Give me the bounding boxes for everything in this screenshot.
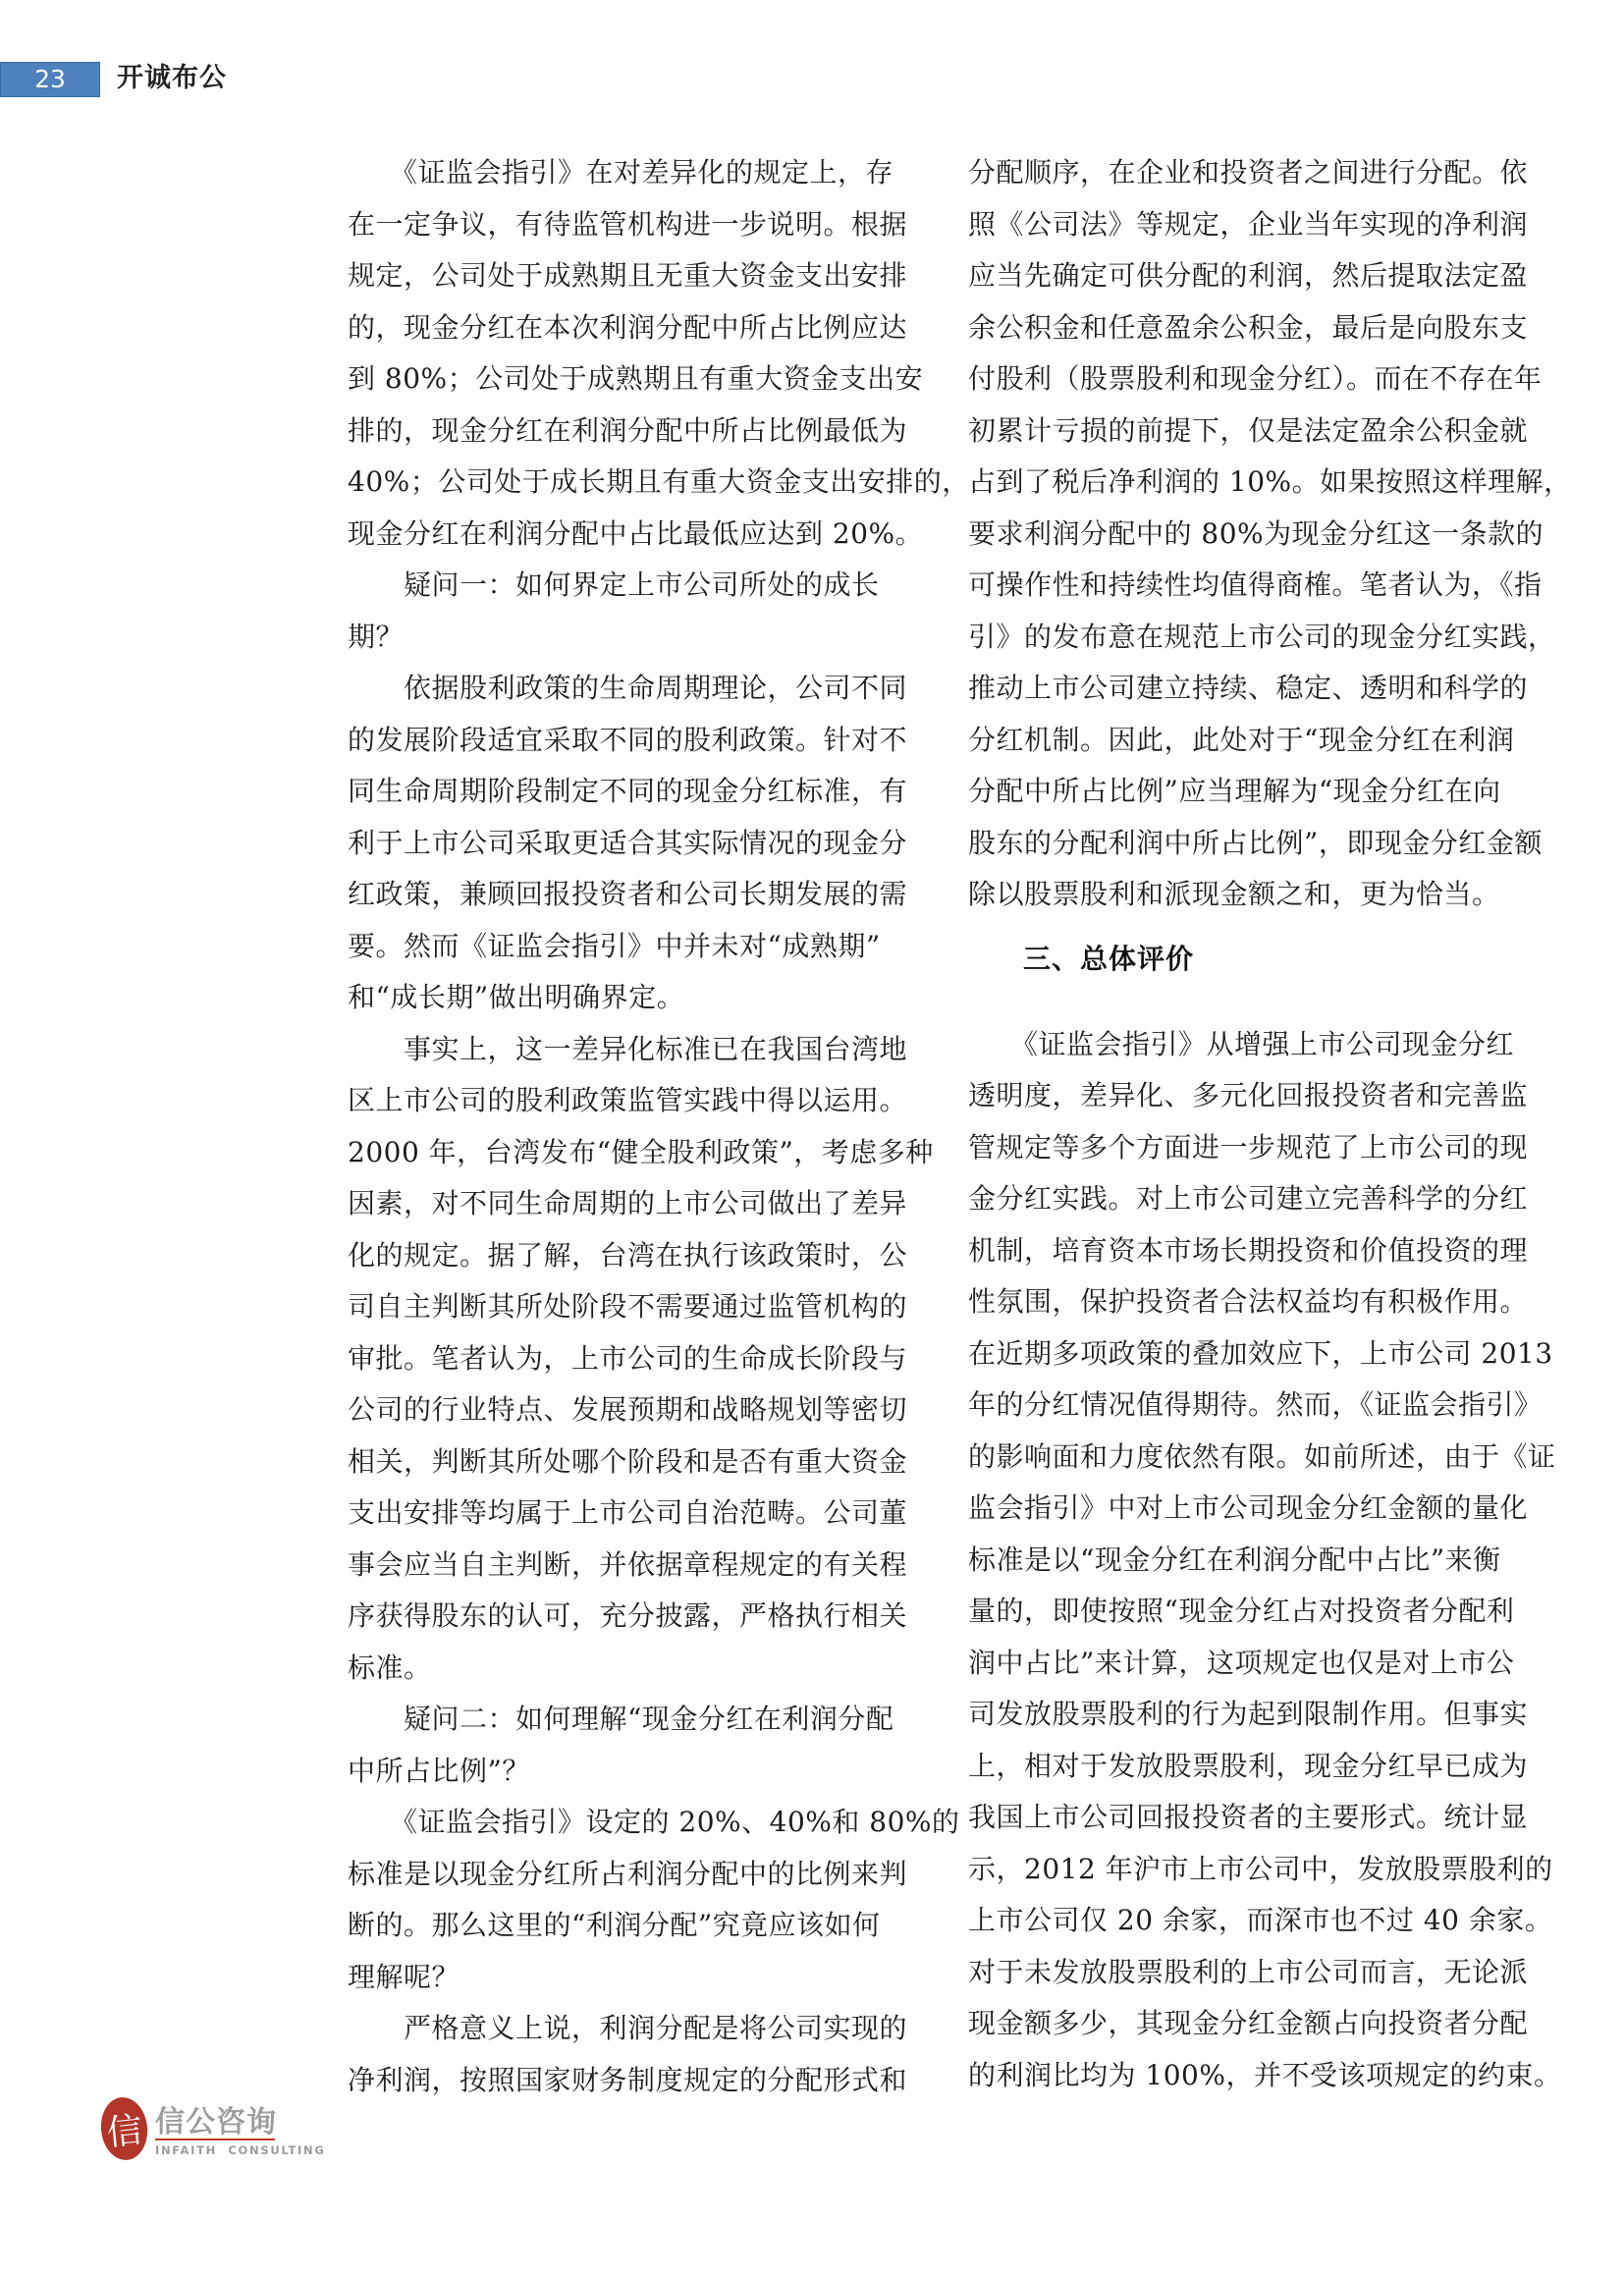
logo-seal-icon: 信	[98, 2095, 150, 2163]
text-line: 序获得股东的认可，充分披露，严格执行相关	[348, 1591, 929, 1643]
text-line: 透明度，差异化、多元化回报投资者和完善监	[968, 1070, 1545, 1122]
text-line: 规定，公司处于成熟期且无重大资金支出安排	[348, 250, 929, 302]
text-line: 要求利润分配中的 80%为现金分红这一条款的	[968, 509, 1545, 561]
text-line: 司自主判断其所处阶段不需要通过监管机构的	[348, 1281, 929, 1333]
text-line: 股东的分配利润中所占比例”，即现金分红金额	[968, 818, 1545, 870]
text-line: 标准。	[348, 1643, 929, 1695]
text-line: 性氛围，保护投资者合法权益均有积极作用。	[968, 1276, 1545, 1328]
text-line: 利于上市公司采取更适合其实际情况的现金分	[348, 818, 929, 870]
text-line: 示，2012 年沪市上市公司中，发放股票股利的	[968, 1844, 1545, 1896]
text-line: 的影响面和力度依然有限。如前所述，由于《证	[968, 1432, 1545, 1484]
text-line: 事实上，这一差异化标准已在我国台湾地	[348, 1024, 929, 1076]
text-line: 现金额多少，其现金分红金额占向投资者分配	[968, 1998, 1545, 2050]
page-header-title: 开诚布公	[117, 61, 227, 96]
text-line: 净利润，按照国家财务制度规定的分配形式和	[348, 2055, 929, 2107]
text-line: 《证监会指引》设定的 20%、40%和 80%的	[348, 1797, 929, 1849]
text-line: 疑问二：如何理解“现金分红在利润分配	[348, 1694, 929, 1746]
text-line: 要。然而《证监会指引》中并未对“成熟期”	[348, 921, 929, 973]
logo-tagline: INFAITH CONSULTING	[155, 2143, 325, 2157]
text-line: 同生命周期阶段制定不同的现金分红标准，有	[348, 766, 929, 818]
text-line: 中所占比例”？	[348, 1746, 929, 1798]
text-line: 占到了税后净利润的 10%。如果按照这样理解，	[968, 457, 1545, 509]
right-text-column: 分配顺序，在企业和投资者之间进行分配。依照《公司法》等规定，企业当年实现的净利润…	[968, 147, 1545, 2101]
page-number-badge: 23	[0, 62, 100, 97]
logo-seal-character: 信	[104, 2102, 144, 2155]
text-line: 因素，对不同生命周期的上市公司做出了差异	[348, 1178, 929, 1230]
text-line: 依据股利政策的生命周期理论，公司不同	[348, 663, 929, 715]
text-line: 支出安排等均属于上市公司自治范畴。公司董	[348, 1488, 929, 1540]
text-line: 照《公司法》等规定，企业当年实现的净利润	[968, 199, 1545, 251]
text-line: 机制，培育资本市场长期投资和价值投资的理	[968, 1225, 1545, 1277]
text-line: 疑问一：如何界定上市公司所处的成长	[348, 560, 929, 612]
text-line: 现金分红在利润分配中占比最低应达到 20%。	[348, 509, 929, 561]
text-line: 期？	[348, 612, 929, 664]
text-line: 和“成长期”做出明确界定。	[348, 972, 929, 1024]
text-line: 引》的发布意在规范上市公司的现金分红实践，	[968, 612, 1545, 664]
text-line: 的发展阶段适宜采取不同的股利政策。针对不	[348, 715, 929, 767]
text-line: 到 80%；公司处于成熟期且有重大资金支出安	[348, 353, 929, 406]
text-line: 在近期多项政策的叠加效应下，上市公司 2013	[968, 1328, 1545, 1381]
text-line: 排的，现金分红在利润分配中所占比例最低为	[348, 406, 929, 458]
text-line: 推动上市公司建立持续、稳定、透明和科学的	[968, 663, 1545, 715]
text-line: 审批。笔者认为，上市公司的生命成长阶段与	[348, 1333, 929, 1385]
right-column-part1: 分配顺序，在企业和投资者之间进行分配。依照《公司法》等规定，企业当年实现的净利润…	[968, 147, 1545, 921]
text-line: 管规定等多个方面进一步规范了上市公司的现	[968, 1122, 1545, 1174]
text-line: 区上市公司的股利政策监管实践中得以运用。	[348, 1075, 929, 1127]
section-heading-overall-evaluation: 三、总体评价	[968, 921, 1545, 1019]
text-line: 分配顺序，在企业和投资者之间进行分配。依	[968, 147, 1545, 199]
text-line: 金分红实践。对上市公司建立完善科学的分红	[968, 1173, 1545, 1225]
left-text-column: 《证监会指引》在对差异化的规定上，存在一定争议，有待监管机构进一步说明。根据规定…	[348, 147, 929, 2106]
document-page: 23 开诚布公 《证监会指引》在对差异化的规定上，存在一定争议，有待监管机构进一…	[0, 0, 1624, 2274]
text-line: 对于未发放股票股利的上市公司而言，无论派	[968, 1947, 1545, 1999]
text-line: 分红机制。因此，此处对于“现金分红在利润	[968, 715, 1545, 767]
logo-wordmark: 信公咨询	[155, 2107, 325, 2139]
company-logo: 信 信公咨询 INFAITH CONSULTING	[101, 2097, 325, 2160]
text-line: 分配中所占比例”应当理解为“现金分红在向	[968, 766, 1545, 818]
text-line: 的，现金分红在本次利润分配中所占比例应达	[348, 302, 929, 354]
text-line: 化的规定。据了解，台湾在执行该政策时，公	[348, 1230, 929, 1282]
text-line: 司发放股票股利的行为起到限制作用。但事实	[968, 1689, 1545, 1741]
text-line: 监会指引》中对上市公司现金分红金额的量化	[968, 1483, 1545, 1535]
text-line: 事会应当自主判断，并依据章程规定的有关程	[348, 1540, 929, 1592]
text-line: 标准是以“现金分红在利润分配中占比”来衡	[968, 1535, 1545, 1587]
text-line: 付股利（股票股利和现金分红）。而在不存在年	[968, 353, 1545, 406]
text-line: 2000 年，台湾发布“健全股利政策”，考虑多种	[348, 1127, 929, 1179]
text-line: 相关，判断其所处哪个阶段和是否有重大资金	[348, 1436, 929, 1489]
text-line: 《证监会指引》从增强上市公司现金分红	[968, 1019, 1545, 1071]
text-line: 上，相对于发放股票股利，现金分红早已成为	[968, 1741, 1545, 1793]
text-line: 公司的行业特点、发展预期和战略规划等密切	[348, 1384, 929, 1436]
text-line: 理解呢？	[348, 1952, 929, 2004]
logo-text-block: 信公咨询 INFAITH CONSULTING	[155, 2097, 325, 2157]
right-column-part2: 《证监会指引》从增强上市公司现金分红透明度，差异化、多元化回报投资者和完善监管规…	[968, 1019, 1545, 2102]
text-line: 可操作性和持续性均值得商榷。笔者认为，《指	[968, 560, 1545, 612]
text-line: 余公积金和任意盈余公积金，最后是向股东支	[968, 302, 1545, 354]
text-line: 量的，即使按照“现金分红占对投资者分配利	[968, 1586, 1545, 1638]
text-line: 初累计亏损的前提下，仅是法定盈余公积金就	[968, 406, 1545, 458]
text-line: 润中占比”来计算，这项规定也仅是对上市公	[968, 1638, 1545, 1690]
text-line: 红政策，兼顾回报投资者和公司长期发展的需	[348, 869, 929, 921]
text-line: 应当先确定可供分配的利润，然后提取法定盈	[968, 250, 1545, 302]
text-line: 的利润比均为 100%，并不受该项规定的约束。	[968, 2050, 1545, 2102]
text-line: 严格意义上说，利润分配是将公司实现的	[348, 2003, 929, 2055]
text-line: 年的分红情况值得期待。然而，《证监会指引》	[968, 1380, 1545, 1432]
text-line: 标准是以现金分红所占利润分配中的比例来判	[348, 1849, 929, 1901]
text-line: 40%；公司处于成长期且有重大资金支出安排的，	[348, 457, 929, 509]
text-line: 《证监会指引》在对差异化的规定上，存	[348, 147, 929, 199]
text-line: 上市公司仅 20 余家，而深市也不过 40 余家。	[968, 1895, 1545, 1947]
text-line: 断的。那么这里的“利润分配”究竟应该如何	[348, 1900, 929, 1952]
text-line: 我国上市公司回报投资者的主要形式。统计显	[968, 1792, 1545, 1844]
text-line: 除以股票股利和派现金额之和，更为恰当。	[968, 869, 1545, 921]
text-line: 在一定争议，有待监管机构进一步说明。根据	[348, 199, 929, 251]
